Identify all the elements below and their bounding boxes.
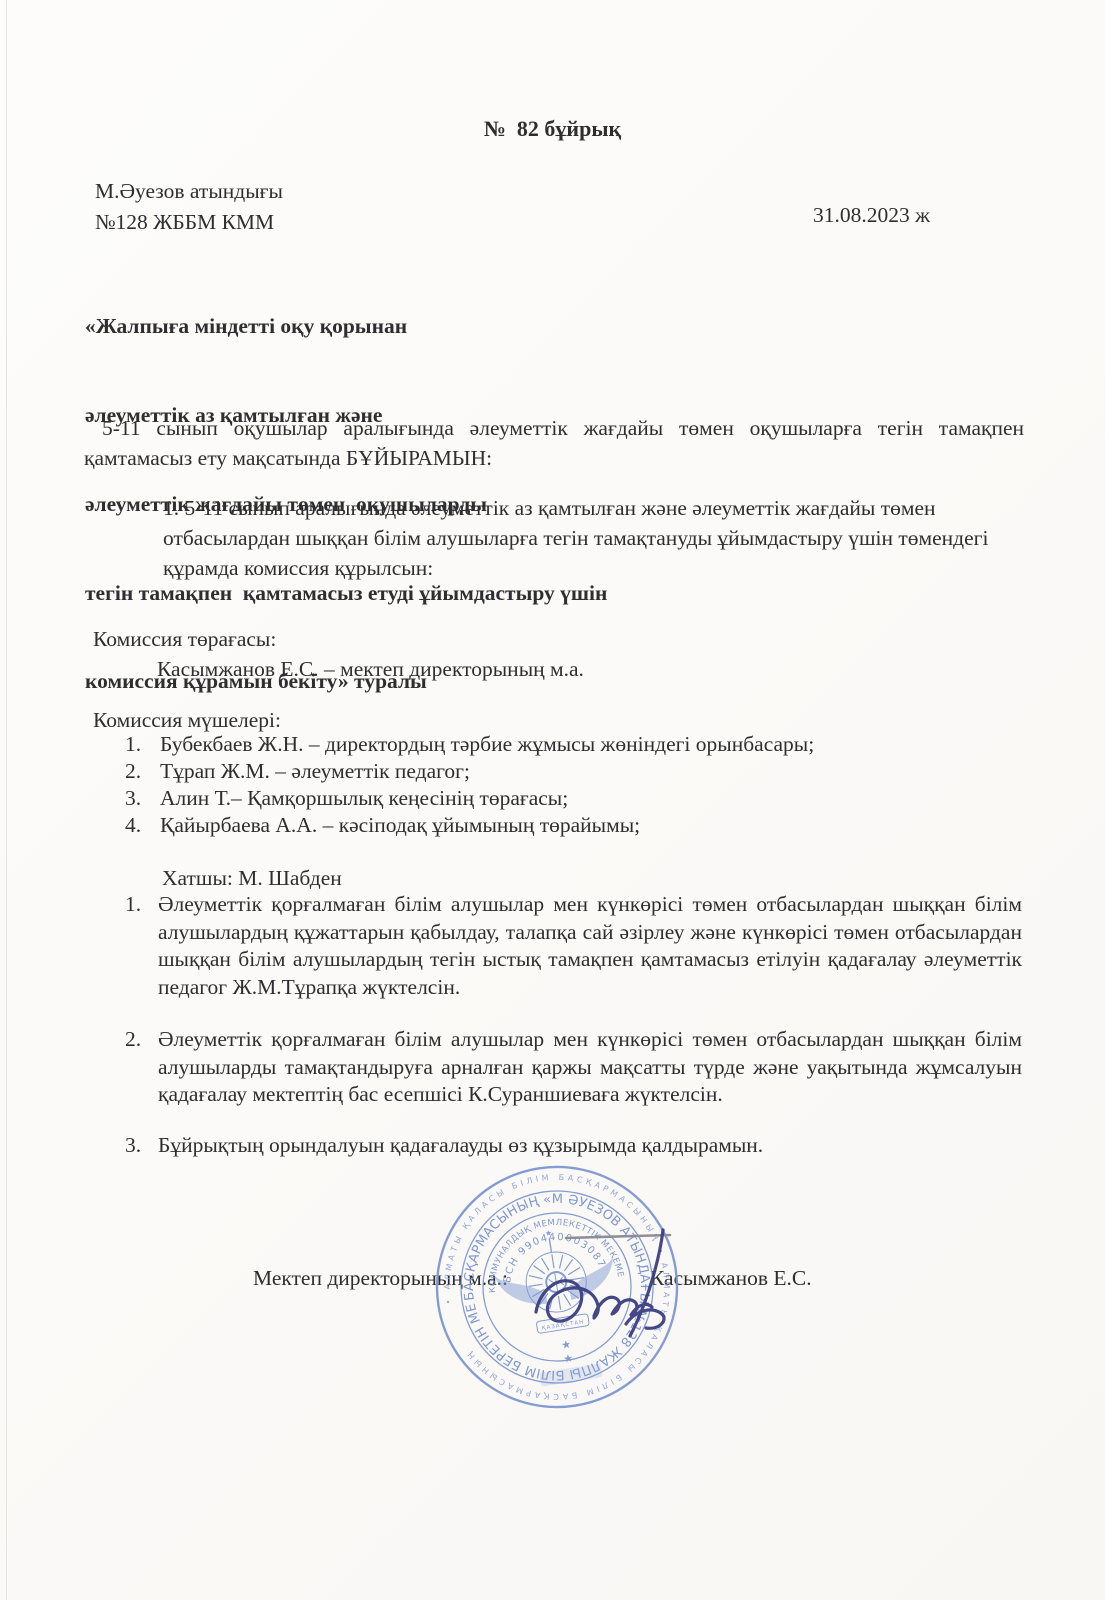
directive-number: 2. — [125, 1026, 158, 1109]
directive-item: 1. Әлеуметтік қорғалмаған білім алушылар… — [125, 891, 1022, 1001]
organization-name-line1: М.Әуезов атындығы — [95, 176, 283, 207]
organization-block: М.Әуезов атындығы №128 ЖББМ КММ — [95, 176, 283, 238]
commission-chair-value: Касымжанов Е.С. – мектеп директорының м.… — [157, 657, 584, 682]
member-item: 2. Тұрап Ж.М. – әлеуметтік педагог; — [125, 758, 814, 785]
document-page: № 82 бұйрық М.Әуезов атындығы №128 ЖББМ … — [0, 0, 1105, 1600]
organization-name-line2: №128 ЖББМ КММ — [95, 207, 283, 238]
member-number: 2. — [125, 758, 160, 785]
directive-text: Бұйрықтың орындалуын қадағалауды өз құзы… — [158, 1132, 1022, 1160]
member-number: 3. — [125, 785, 160, 812]
signature-scribble — [530, 1224, 745, 1359]
preamble-paragraph: 5-11 сынып оқушылар аралығында әлеуметті… — [84, 413, 1024, 473]
subject-line: «Жалпыға міндетті оқу қорынан — [85, 312, 607, 342]
directive-number: 1. — [125, 891, 158, 1001]
directive-text: Әлеуметтік қорғалмаған білім алушылар ме… — [158, 1026, 1022, 1109]
order-point-1: 1. 5-11 сынып аралығында әлеуметтік аз қ… — [163, 493, 1023, 583]
member-number: 1. — [125, 731, 160, 758]
member-text: Алин Т.– Қамқоршылық кеңесінің төрағасы; — [160, 785, 568, 812]
secretary-line: Хатшы: М. Шабден — [162, 866, 342, 891]
directive-item: 3. Бұйрықтың орындалуын қадағалауды өз қ… — [125, 1132, 1022, 1160]
document-date: 31.08.2023 ж — [813, 203, 930, 228]
signature-dash — [566, 1235, 670, 1238]
directive-item: 2. Әлеуметтік қорғалмаған білім алушылар… — [125, 1026, 1022, 1109]
member-text: Қайырбаева А.А. – кәсіподақ ұйымының төр… — [160, 812, 640, 839]
member-item: 4. Қайырбаева А.А. – кәсіподақ ұйымының … — [125, 812, 814, 839]
member-item: 3. Алин Т.– Қамқоршылық кеңесінің төраға… — [125, 785, 814, 812]
directive-number: 3. — [125, 1132, 158, 1160]
commission-members-list: 1. Бубекбаев Ж.Н. – директордың тәрбие ж… — [125, 731, 814, 839]
directives-list: 1. Әлеуметтік қорғалмаған білім алушылар… — [125, 891, 1022, 1159]
member-item: 1. Бубекбаев Ж.Н. – директордың тәрбие ж… — [125, 731, 814, 758]
order-number-title: № 82 бұйрық — [0, 116, 1105, 142]
commission-members-label: Комиссия мүшелері: — [93, 708, 281, 733]
member-text: Бубекбаев Ж.Н. – директордың тәрбие жұмы… — [160, 731, 814, 758]
directive-text: Әлеуметтік қорғалмаған білім алушылар ме… — [158, 891, 1022, 1001]
member-number: 4. — [125, 812, 160, 839]
commission-chair-label: Комиссия төрағасы: — [93, 627, 276, 652]
member-text: Тұрап Ж.М. – әлеуметтік педагог; — [160, 758, 470, 785]
